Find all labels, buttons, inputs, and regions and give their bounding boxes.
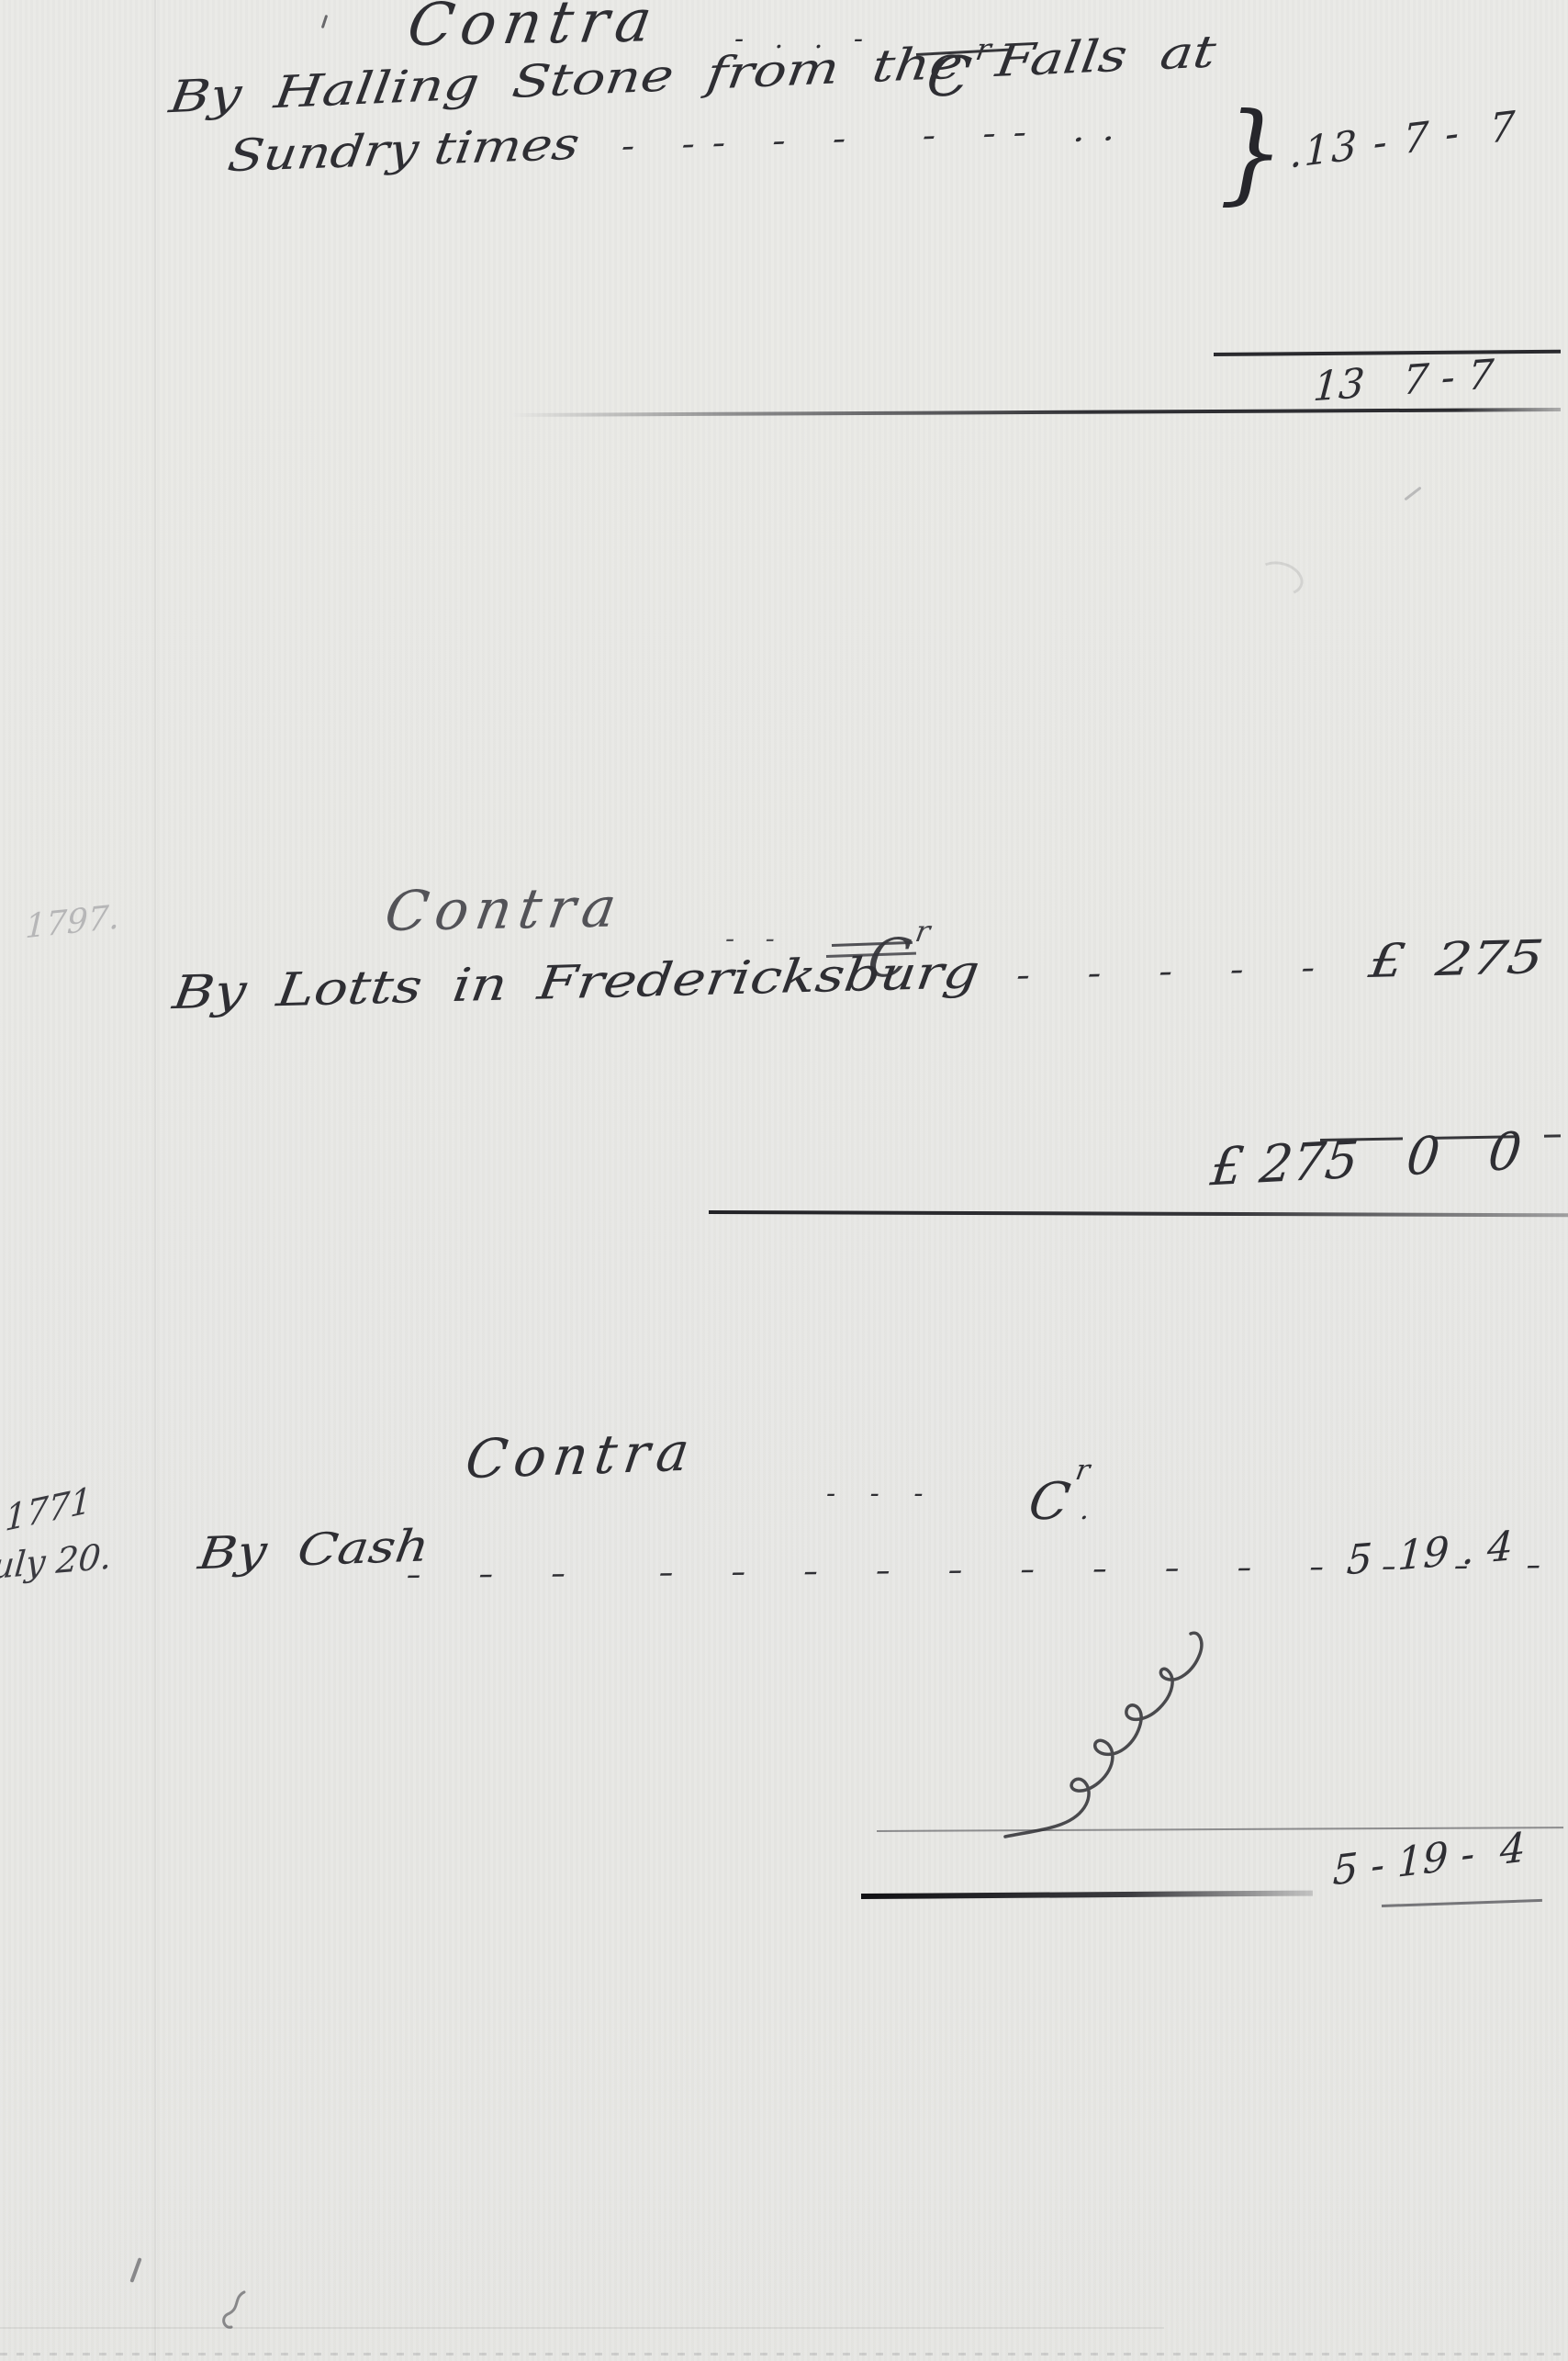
section3-heading-word: Contra xyxy=(463,1424,700,1486)
bottom-crease-line xyxy=(0,2327,1164,2329)
section1-heading-word: Contra xyxy=(404,0,663,55)
stray-tick-mark xyxy=(1404,487,1421,501)
bottom-scan-edge xyxy=(0,2353,1568,2355)
section2-margin-note: 1797. xyxy=(25,901,120,944)
section3-heading-after-dot: . xyxy=(1078,1494,1092,1526)
entry-fredericksburg-amount: £ 275 0 - 0 xyxy=(1366,928,1568,984)
section2-heading-word: Contra xyxy=(381,881,627,939)
ledger-page: Contra - . . - Cr By Halling Stone from … xyxy=(0,0,1568,2361)
section3-entry-description: By Cash xyxy=(196,1523,431,1576)
section1-total-amount: 13 7 - 7 xyxy=(1312,354,1495,408)
section3-heading-abbr-sup: r xyxy=(1073,1454,1092,1487)
section2-total-amount: £ 275 0 0 xyxy=(1208,1126,1524,1194)
section2-total-rule-bottom xyxy=(709,1210,1568,1217)
heading-tick-mark xyxy=(321,15,328,28)
entry-sundry-dash-leader: - -- - - - -- .. xyxy=(620,113,1136,164)
section3-margin-date: July 20. xyxy=(0,1538,113,1585)
ink-smudge-mark xyxy=(1252,557,1307,601)
section1-total-rule-top xyxy=(1214,350,1561,356)
section3-margin-year: 1771 xyxy=(5,1482,93,1536)
entry-fredericksburg-dash-leader: - - - - - xyxy=(1014,951,1333,993)
entry-sundry-times-text: Sundry times xyxy=(225,122,582,179)
section1-entry-amount: .13 - 7 - 7 xyxy=(1289,107,1518,175)
margin-vertical-line xyxy=(154,0,156,2361)
section2-heading-dashes: - - xyxy=(725,926,786,953)
section1-total-rule-bottom xyxy=(512,408,1561,417)
section3-total-amount: 5 - 19 - 4 xyxy=(1332,1827,1526,1892)
section2-heading-abbr-sup: r xyxy=(913,914,933,949)
section3-heading-dashes: - - - xyxy=(826,1480,935,1508)
section3-heading-abbr-c: C xyxy=(1025,1472,1074,1532)
section1-brace: } xyxy=(1219,99,1284,208)
pen-flourish xyxy=(991,1616,1340,1846)
bottom-tick-mark xyxy=(129,2257,141,2283)
section3-total-rule-bottom xyxy=(861,1891,1313,1899)
section3-total-underline xyxy=(1382,1899,1542,1907)
